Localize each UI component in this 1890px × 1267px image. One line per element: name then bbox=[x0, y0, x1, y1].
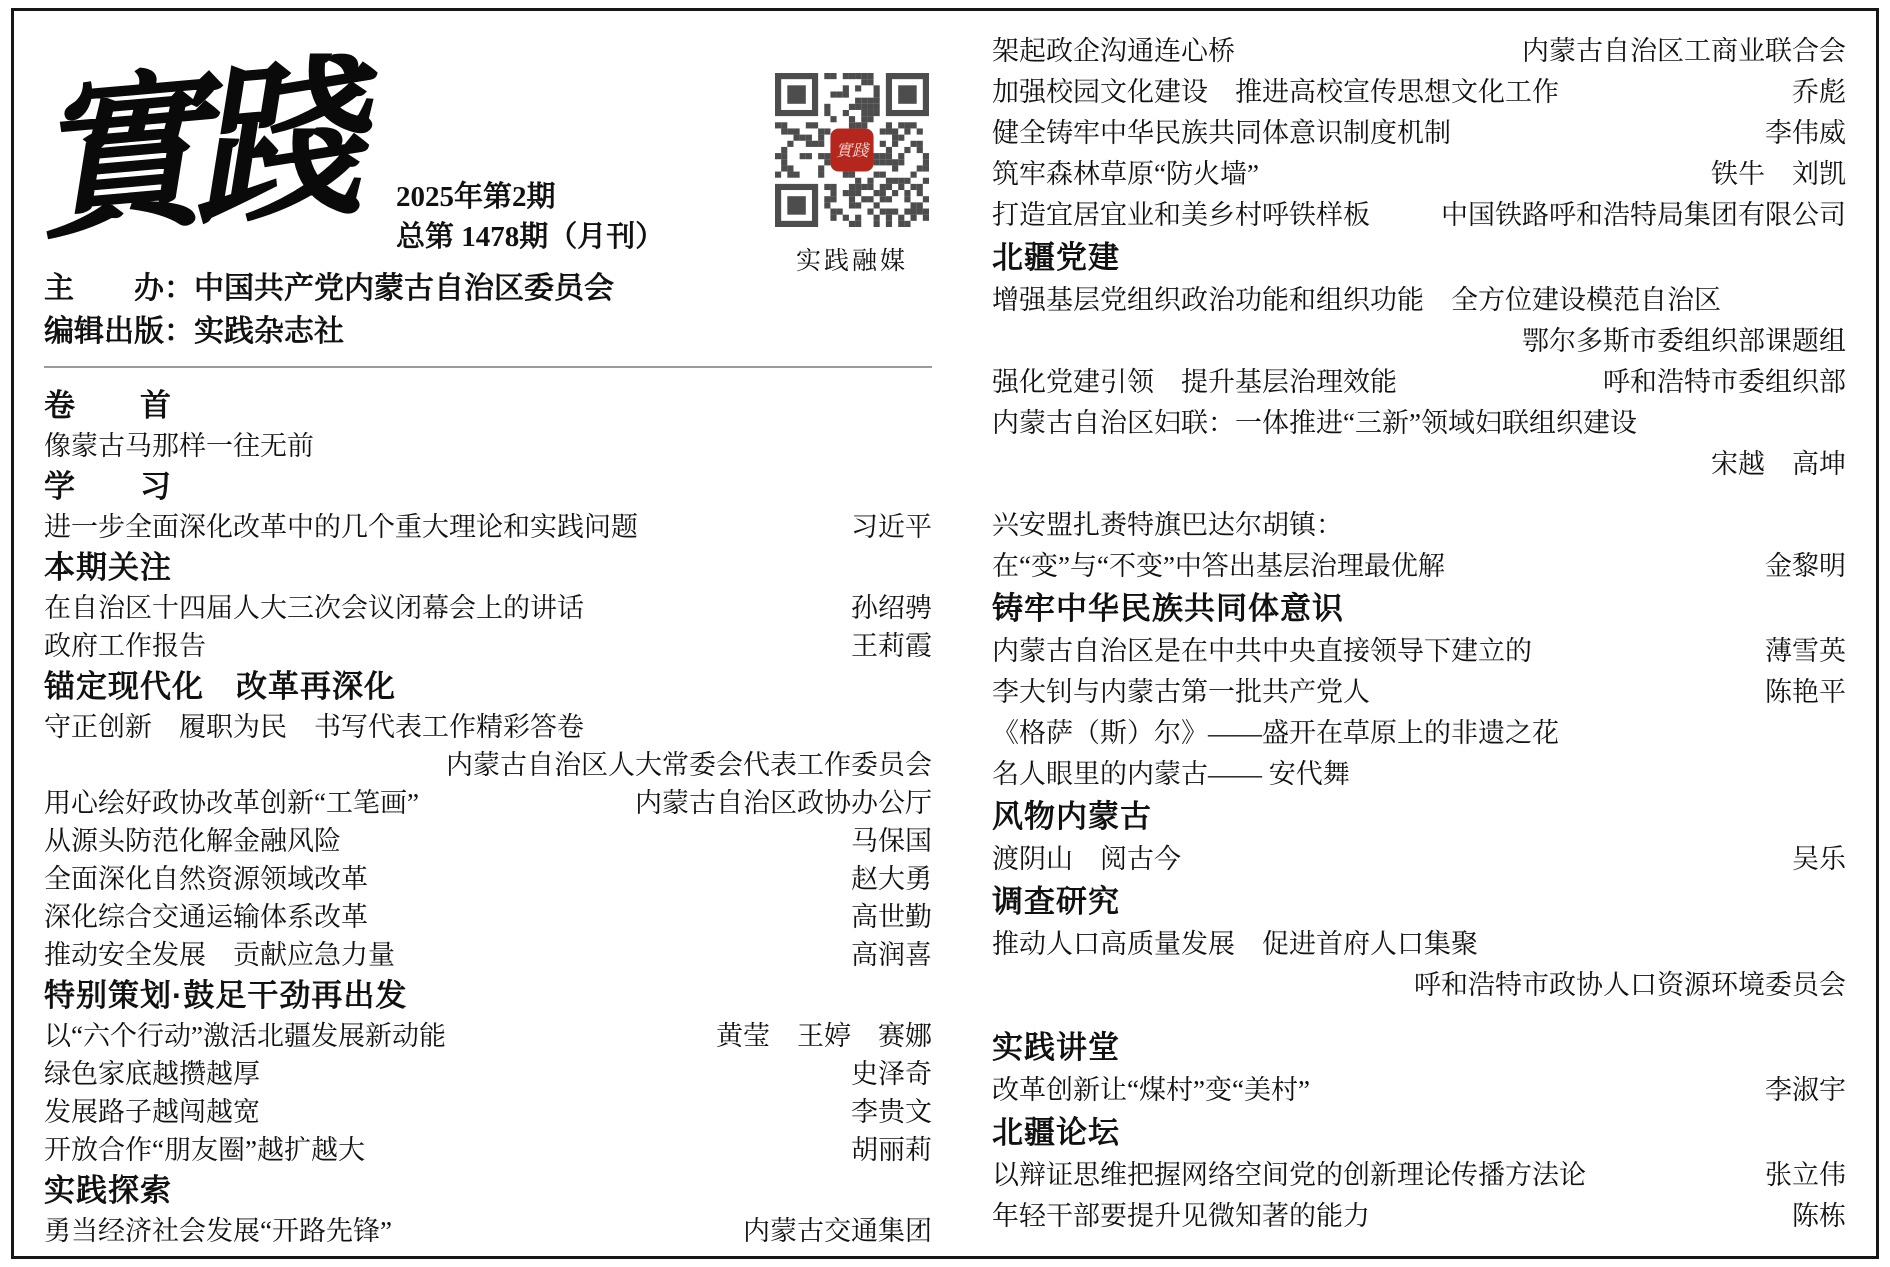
toc-section-heading: 卷 首 bbox=[44, 384, 932, 427]
section-title: 锚定现代化 改革再深化 bbox=[44, 665, 396, 708]
magazine-logo-calligraphy: 實踐 bbox=[44, 21, 374, 271]
entry-title: 《格萨（斯）尔》——盛开在草原上的非遗之花 bbox=[992, 713, 1559, 754]
entry-author: 高世勤 bbox=[851, 898, 932, 936]
section-title: 调查研究 bbox=[992, 880, 1120, 924]
entry-author: 呼和浩特市委组织部 bbox=[1603, 362, 1846, 403]
toc-entry: 勇当经济社会发展“开路先锋”内蒙古交通集团 bbox=[44, 1212, 932, 1250]
section-title: 风物内蒙古 bbox=[992, 795, 1152, 839]
entry-author: 习近平 bbox=[851, 508, 932, 546]
entry-title: 从源头防范化解金融风险 bbox=[44, 822, 341, 860]
entry-title: 强化党建引领 提升基层治理效能 bbox=[992, 362, 1397, 403]
entry-author: 马保国 bbox=[851, 822, 932, 860]
toc-section-heading: 风物内蒙古 bbox=[992, 795, 1846, 839]
toc-author-line: 呼和浩特市政协人口资源环境委员会 bbox=[992, 965, 1846, 1006]
entry-author: 李伟威 bbox=[1765, 113, 1846, 154]
toc-spacer bbox=[992, 1006, 1846, 1026]
entry-title: 进一步全面深化改革中的几个重大理论和实践问题 bbox=[44, 508, 638, 546]
entry-title: 在“变”与“不变”中答出基层治理最优解 bbox=[992, 546, 1445, 587]
entry-author: 铁牛 刘凯 bbox=[1711, 154, 1846, 195]
toc-entry: 政府工作报告王莉霞 bbox=[44, 627, 932, 665]
entry-author: 内蒙古交通集团 bbox=[743, 1212, 932, 1250]
entry-title: 守正创新 履职为民 书写代表工作精彩答卷 bbox=[44, 708, 584, 746]
issue-line-2: 总第 1478期（月刊） bbox=[396, 217, 664, 257]
entry-author: 内蒙古自治区政协办公厅 bbox=[635, 784, 932, 822]
toc-entry: 守正创新 履职为民 书写代表工作精彩答卷 bbox=[44, 708, 932, 746]
toc-section-heading: 本期关注 bbox=[44, 546, 932, 589]
toc-entry: 以辩证思维把握网络空间党的创新理论传播方法论张立伟 bbox=[992, 1155, 1846, 1196]
issue-info: 2025年第2期 总第 1478期（月刊） bbox=[396, 177, 664, 257]
toc-section-heading: 实践探索 bbox=[44, 1169, 932, 1212]
toc-section-heading: 学 习 bbox=[44, 465, 932, 508]
toc-entry: 兴安盟扎赉特旗巴达尔胡镇： bbox=[992, 505, 1846, 546]
entry-author: 史泽奇 bbox=[851, 1055, 932, 1093]
publisher-label: 编辑出版： bbox=[44, 315, 194, 348]
organizer-value: 中国共产党内蒙古自治区委员会 bbox=[194, 272, 614, 305]
entry-title: 政府工作报告 bbox=[44, 627, 206, 665]
publisher-value: 实践杂志社 bbox=[194, 315, 344, 348]
toc-entry: 从源头防范化解金融风险马保国 bbox=[44, 822, 932, 860]
entry-author: 陈栋 bbox=[1792, 1196, 1846, 1237]
toc-section-heading: 实践讲堂 bbox=[992, 1026, 1846, 1070]
entry-title: 筑牢森林草原“防火墙” bbox=[992, 154, 1259, 195]
entry-title: 深化综合交通运输体系改革 bbox=[44, 898, 368, 936]
toc-entry: 筑牢森林草原“防火墙”铁牛 刘凯 bbox=[992, 154, 1846, 195]
toc-entry: 开放合作“朋友圈”越扩越大胡丽莉 bbox=[44, 1131, 932, 1169]
entry-title: 加强校园文化建设 推进高校宣传思想文化工作 bbox=[992, 72, 1559, 113]
entry-author: 王莉霞 bbox=[851, 627, 932, 665]
left-column: 實踐 2025年第2期 总第 1478期（月刊） 實踐 实践融媒 主 办：中国共… bbox=[44, 25, 932, 1246]
toc-section-heading: 北疆党建 bbox=[992, 236, 1846, 280]
magazine-toc-page: 實踐 2025年第2期 总第 1478期（月刊） 實踐 实践融媒 主 办：中国共… bbox=[11, 8, 1879, 1259]
entry-author: 吴乐 bbox=[1792, 839, 1846, 880]
entry-title: 全面深化自然资源领域改革 bbox=[44, 860, 368, 898]
toc-entry: 深化综合交通运输体系改革高世勤 bbox=[44, 898, 932, 936]
toc-entry: 渡阴山 阅古今吴乐 bbox=[992, 839, 1846, 880]
entry-title: 兴安盟扎赉特旗巴达尔胡镇： bbox=[992, 505, 1343, 546]
entry-title: 推动安全发展 贡献应急力量 bbox=[44, 936, 395, 974]
organizer-label: 主 办： bbox=[44, 272, 194, 305]
entry-title: 打造宜居宜业和美乡村呼铁样板 bbox=[992, 195, 1370, 236]
section-title: 实践探索 bbox=[44, 1169, 172, 1212]
entry-title: 像蒙古马那样一往无前 bbox=[44, 427, 314, 465]
entry-author: 黄莹 王婷 赛娜 bbox=[716, 1017, 932, 1055]
toc-entry: 推动安全发展 贡献应急力量高润喜 bbox=[44, 936, 932, 974]
section-title: 北疆论坛 bbox=[992, 1111, 1120, 1155]
entry-author: 李淑宇 bbox=[1765, 1070, 1846, 1111]
masthead-divider bbox=[44, 366, 932, 368]
toc-entry: 发展路子越闯越宽李贵文 bbox=[44, 1093, 932, 1131]
section-title: 铸牢中华民族共同体意识 bbox=[992, 587, 1344, 631]
entry-title: 改革创新让“煤村”变“美村” bbox=[992, 1070, 1310, 1111]
section-title: 北疆党建 bbox=[992, 236, 1120, 280]
toc-entry: 架起政企沟通连心桥内蒙古自治区工商业联合会 bbox=[992, 31, 1846, 72]
entry-author: 金黎明 bbox=[1765, 546, 1846, 587]
toc-author-line: 宋越 高坤 bbox=[992, 444, 1846, 485]
toc-entry: 用心绘好政协改革创新“工笔画”内蒙古自治区政协办公厅 bbox=[44, 784, 932, 822]
entry-author: 胡丽莉 bbox=[851, 1131, 932, 1169]
toc-entry: 在自治区十四届人大三次会议闭幕会上的讲话孙绍骋 bbox=[44, 589, 932, 627]
toc-author-line: 内蒙古自治区人大常委会代表工作委员会 bbox=[44, 746, 932, 784]
entry-title: 发展路子越闯越宽 bbox=[44, 1093, 260, 1131]
toc-entry: 内蒙古自治区是在中共中央直接领导下建立的薄雪英 bbox=[992, 631, 1846, 672]
logo-text: 實踐 bbox=[25, 42, 392, 262]
entry-author: 孙绍骋 bbox=[851, 589, 932, 627]
entry-title: 以辩证思维把握网络空间党的创新理论传播方法论 bbox=[992, 1155, 1586, 1196]
publisher-line: 编辑出版：实践杂志社 bbox=[44, 310, 932, 353]
qr-block: 實踐 实践融媒 bbox=[772, 73, 932, 277]
entry-title: 架起政企沟通连心桥 bbox=[992, 31, 1235, 72]
entry-title: 年轻干部要提升见微知著的能力 bbox=[992, 1196, 1370, 1237]
entry-title: 绿色家底越攒越厚 bbox=[44, 1055, 260, 1093]
entry-author: 薄雪英 bbox=[1765, 631, 1846, 672]
right-column: 架起政企沟通连心桥内蒙古自治区工商业联合会加强校园文化建设 推进高校宣传思想文化… bbox=[992, 25, 1846, 1246]
entry-author: 内蒙古自治区人大常委会代表工作委员会 bbox=[446, 746, 932, 784]
entry-author: 张立伟 bbox=[1765, 1155, 1846, 1196]
entry-author: 陈艳平 bbox=[1765, 672, 1846, 713]
toc-section-heading: 调查研究 bbox=[992, 880, 1846, 924]
toc-left-column: 卷 首像蒙古马那样一往无前学 习进一步全面深化改革中的几个重大理论和实践问题习近… bbox=[44, 384, 932, 1250]
toc-entry: 名人眼里的内蒙古—— 安代舞 bbox=[992, 754, 1846, 795]
entry-author: 乔彪 bbox=[1792, 72, 1846, 113]
two-column-layout: 實踐 2025年第2期 总第 1478期（月刊） 實踐 实践融媒 主 办：中国共… bbox=[44, 25, 1846, 1246]
section-title: 特别策划·鼓足干劲再出发 bbox=[44, 974, 407, 1017]
toc-entry: 加强校园文化建设 推进高校宣传思想文化工作乔彪 bbox=[992, 72, 1846, 113]
toc-right-column: 架起政企沟通连心桥内蒙古自治区工商业联合会加强校园文化建设 推进高校宣传思想文化… bbox=[992, 31, 1846, 1237]
toc-entry: 全面深化自然资源领域改革赵大勇 bbox=[44, 860, 932, 898]
toc-entry: 健全铸牢中华民族共同体意识制度机制李伟威 bbox=[992, 113, 1846, 154]
entry-title: 开放合作“朋友圈”越扩越大 bbox=[44, 1131, 365, 1169]
entry-title: 渡阴山 阅古今 bbox=[992, 839, 1181, 880]
toc-entry: 在“变”与“不变”中答出基层治理最优解金黎明 bbox=[992, 546, 1846, 587]
entry-author: 内蒙古自治区工商业联合会 bbox=[1522, 31, 1846, 72]
toc-section-heading: 特别策划·鼓足干劲再出发 bbox=[44, 974, 932, 1017]
issue-line-1: 2025年第2期 bbox=[396, 177, 664, 217]
toc-entry: 像蒙古马那样一往无前 bbox=[44, 427, 932, 465]
entry-author: 中国铁路呼和浩特局集团有限公司 bbox=[1441, 195, 1846, 236]
section-title: 本期关注 bbox=[44, 546, 172, 589]
entry-title: 内蒙古自治区是在中共中央直接领导下建立的 bbox=[992, 631, 1532, 672]
toc-entry: 打造宜居宜业和美乡村呼铁样板中国铁路呼和浩特局集团有限公司 bbox=[992, 195, 1846, 236]
qr-center-logo-text: 實踐 bbox=[836, 141, 871, 160]
entry-author: 李贵文 bbox=[851, 1093, 932, 1131]
entry-author: 赵大勇 bbox=[851, 860, 932, 898]
entry-title: 健全铸牢中华民族共同体意识制度机制 bbox=[992, 113, 1451, 154]
entry-title: 用心绘好政协改革创新“工笔画” bbox=[44, 784, 419, 822]
toc-section-heading: 北疆论坛 bbox=[992, 1111, 1846, 1155]
qr-code: 實踐 bbox=[775, 73, 929, 227]
entry-title: 在自治区十四届人大三次会议闭幕会上的讲话 bbox=[44, 589, 584, 627]
toc-entry: 李大钊与内蒙古第一批共产党人陈艳平 bbox=[992, 672, 1846, 713]
section-title: 卷 首 bbox=[44, 384, 172, 427]
toc-entry: 改革创新让“煤村”变“美村”李淑宇 bbox=[992, 1070, 1846, 1111]
logo-artwork: 實踐 bbox=[44, 21, 374, 271]
toc-author-line: 鄂尔多斯市委组织部课题组 bbox=[992, 321, 1846, 362]
entry-title: 以“六个行动”激活北疆发展新动能 bbox=[44, 1017, 446, 1055]
toc-entry: 《格萨（斯）尔》——盛开在草原上的非遗之花 bbox=[992, 713, 1846, 754]
masthead: 實踐 2025年第2期 总第 1478期（月刊） 實踐 实践融媒 bbox=[44, 25, 932, 267]
entry-title: 李大钊与内蒙古第一批共产党人 bbox=[992, 672, 1370, 713]
entry-title: 名人眼里的内蒙古—— 安代舞 bbox=[992, 754, 1350, 795]
entry-title: 内蒙古自治区妇联：一体推进“三新”领域妇联组织建设 bbox=[992, 403, 1637, 444]
section-title: 实践讲堂 bbox=[992, 1026, 1120, 1070]
toc-spacer bbox=[992, 485, 1846, 505]
entry-author: 宋越 高坤 bbox=[1711, 444, 1846, 485]
toc-section-heading: 铸牢中华民族共同体意识 bbox=[992, 587, 1846, 631]
toc-entry: 绿色家底越攒越厚史泽奇 bbox=[44, 1055, 932, 1093]
section-title: 学 习 bbox=[44, 465, 172, 508]
entry-title: 勇当经济社会发展“开路先锋” bbox=[44, 1212, 392, 1250]
toc-entry: 以“六个行动”激活北疆发展新动能黄莹 王婷 赛娜 bbox=[44, 1017, 932, 1055]
entry-author: 鄂尔多斯市委组织部课题组 bbox=[1522, 321, 1846, 362]
toc-entry: 年轻干部要提升见微知著的能力陈栋 bbox=[992, 1196, 1846, 1237]
toc-entry: 内蒙古自治区妇联：一体推进“三新”领域妇联组织建设 bbox=[992, 403, 1846, 444]
qr-caption: 实践融媒 bbox=[772, 241, 932, 277]
entry-author: 呼和浩特市政协人口资源环境委员会 bbox=[1414, 965, 1846, 1006]
entry-title: 增强基层党组织政治功能和组织功能 全方位建设模范自治区 bbox=[992, 280, 1721, 321]
toc-entry: 推动人口高质量发展 促进首府人口集聚 bbox=[992, 924, 1846, 965]
toc-entry: 进一步全面深化改革中的几个重大理论和实践问题习近平 bbox=[44, 508, 932, 546]
publisher-lines: 主 办：中国共产党内蒙古自治区委员会 编辑出版：实践杂志社 bbox=[44, 267, 932, 353]
toc-entry: 增强基层党组织政治功能和组织功能 全方位建设模范自治区 bbox=[992, 280, 1846, 321]
toc-entry: 强化党建引领 提升基层治理效能呼和浩特市委组织部 bbox=[992, 362, 1846, 403]
entry-author: 高润喜 bbox=[851, 936, 932, 974]
toc-section-heading: 锚定现代化 改革再深化 bbox=[44, 665, 932, 708]
entry-title: 推动人口高质量发展 促进首府人口集聚 bbox=[992, 924, 1478, 965]
